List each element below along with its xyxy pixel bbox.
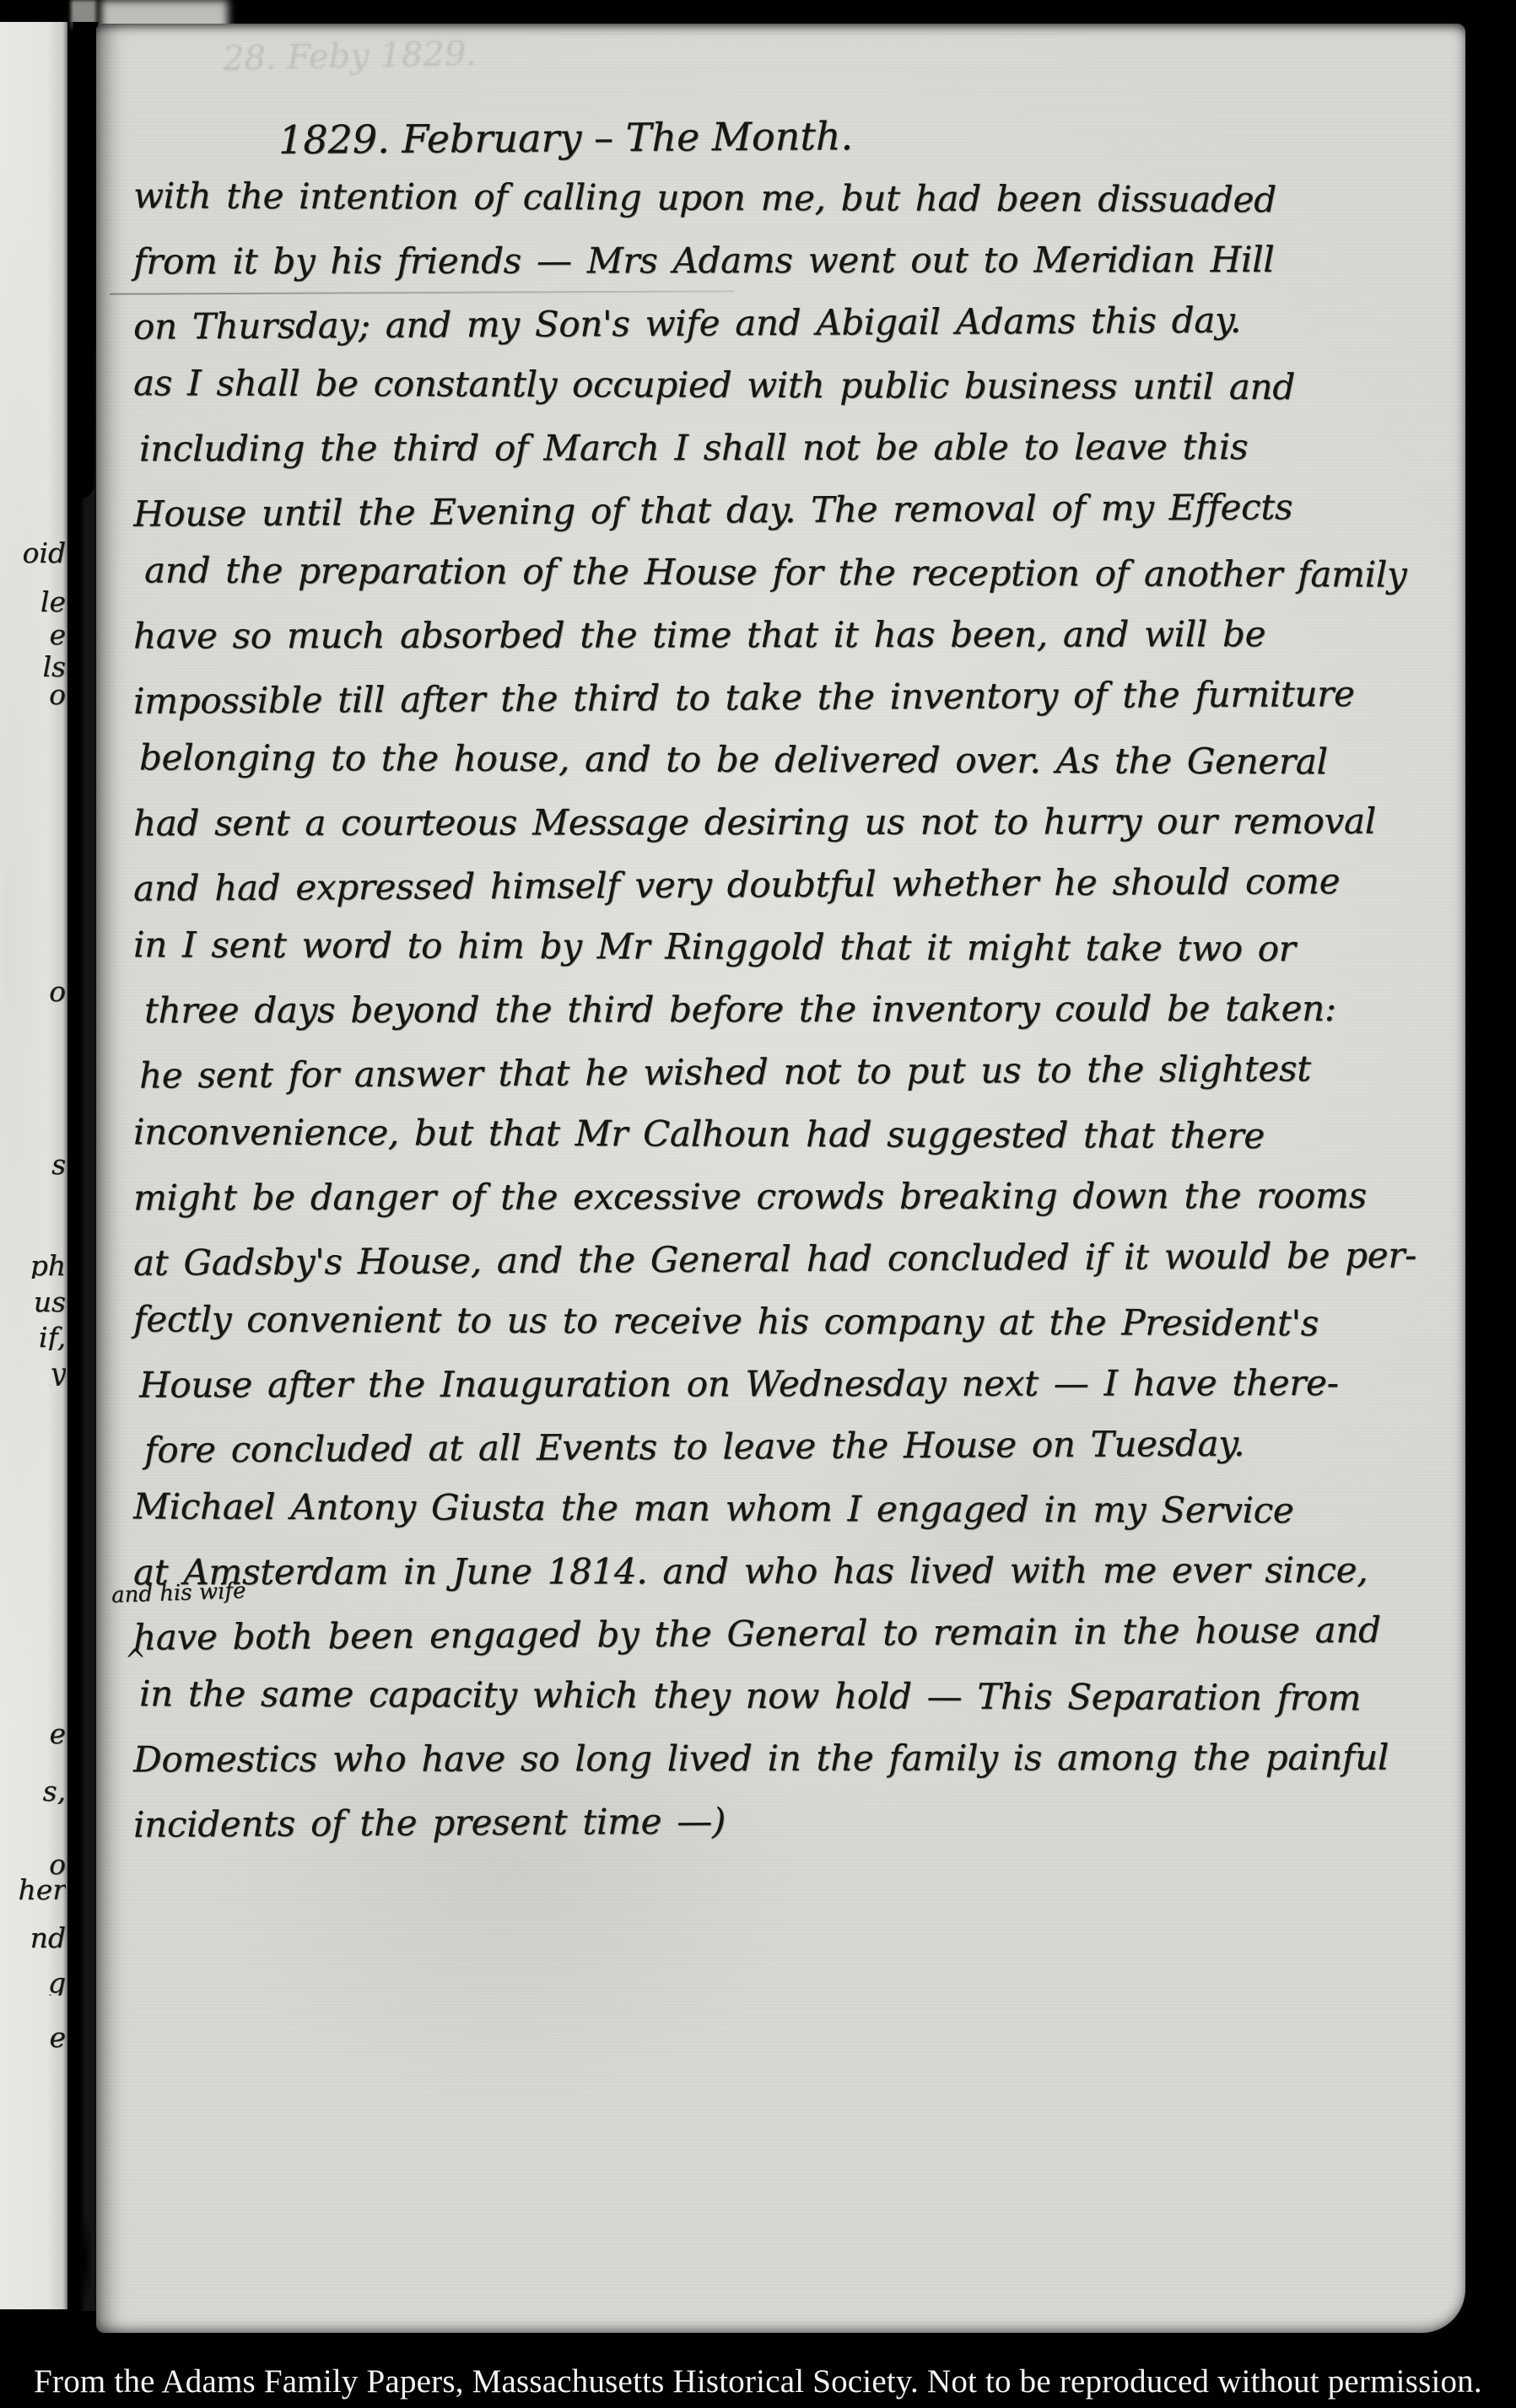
gutter-shadow xyxy=(64,22,100,2311)
manuscript-line: House after the Inauguration on Wednesda… xyxy=(133,1352,1433,1417)
caption-text: From the Adams Family Papers, Massachuse… xyxy=(34,2362,1482,2400)
fragment-text: g xyxy=(0,1970,66,1996)
manuscript-line: on Thursday; and my Son's wife and Abiga… xyxy=(133,288,1433,358)
manuscript-line: from it by his friends — Mrs Adams went … xyxy=(133,229,1433,294)
fragment-text: e xyxy=(0,2025,66,2050)
fragment-text: s xyxy=(0,1152,66,1177)
caption-bar: From the Adams Family Papers, Massachuse… xyxy=(0,2354,1516,2408)
fragment-text: ls xyxy=(0,655,66,680)
manuscript-line: Michael Antony Giusta the man whom I eng… xyxy=(133,1475,1433,1542)
manuscript-line: fectly convenient to us to receive his c… xyxy=(133,1288,1433,1355)
manuscript-line: have both been engaged by the General to… xyxy=(133,1598,1433,1668)
manuscript-line: including the third of March I shall not… xyxy=(133,416,1433,481)
manuscript-line: House until the Evening of that day. The… xyxy=(133,475,1433,545)
manuscript-line: might be danger of the excessive crowds … xyxy=(133,1165,1433,1230)
fragment-text: e xyxy=(0,1721,66,1747)
page-heading: 1829. February – The Month. xyxy=(278,100,1433,171)
fragment-text: s, xyxy=(0,1779,66,1804)
manuscript-line: Domestics who have so long lived in the … xyxy=(133,1727,1433,1791)
manuscript-line: impossible till after the third to take … xyxy=(133,662,1433,732)
fragment-text: oid xyxy=(0,541,66,566)
manuscript-line: had sent a courteous Message desiring us… xyxy=(133,790,1433,855)
fragment-text: her xyxy=(0,1877,66,1903)
fragment-text: e xyxy=(0,622,66,648)
fragment-text: o xyxy=(0,1852,66,1877)
manuscript-line: three days beyond the third before the i… xyxy=(133,978,1433,1042)
facing-page-edge: oid le e ls o o s ph us if, y e s, o her… xyxy=(0,22,67,2309)
fragment-text: y xyxy=(0,1360,66,1386)
manuscript-page: 28. Feby 1829. 1829. February – The Mont… xyxy=(96,24,1465,2333)
fragment-text: le xyxy=(0,590,66,615)
manuscript-line: and the preparation of the House for the… xyxy=(133,539,1433,606)
manuscript-line: have so much absorbed the time that it h… xyxy=(133,603,1433,668)
manuscript-line: fore concluded at all Events to leave th… xyxy=(133,1411,1433,1481)
fragment-text: ph xyxy=(0,1253,66,1279)
manuscript-line: belonging to the house, and to be delive… xyxy=(133,726,1433,793)
manuscript-line: as I shall be constantly occupied with p… xyxy=(133,352,1433,418)
insertion-caret: ^ xyxy=(125,1644,146,1679)
manuscript-line: at Gadsby's House, and the General had c… xyxy=(133,1224,1433,1294)
scanned-diary-page: oid le e ls o o s ph us if, y e s, o her… xyxy=(0,0,1516,2408)
manuscript-line: inconvenience, but that Mr Calhoun had s… xyxy=(133,1101,1433,1167)
manuscript-line: with the intention of calling upon me, b… xyxy=(133,164,1433,231)
fragment-text: if, xyxy=(0,1325,66,1350)
manuscript-line: incidents of the present time —) xyxy=(133,1786,1433,1856)
manuscript-line: and had expressed himself very doubtful … xyxy=(133,849,1433,919)
manuscript-line: in I sent word to him by Mr Ringgold tha… xyxy=(133,913,1433,980)
manuscript-line: he sent for answer that he wished not to… xyxy=(133,1037,1433,1107)
manuscript-line: at Amsterdam in June 1814. and who has l… xyxy=(133,1539,1433,1604)
fragment-text: o xyxy=(0,682,66,708)
fragment-text: o xyxy=(0,979,66,1005)
manuscript-lines: with the intention of calling upon me, b… xyxy=(133,167,1433,1852)
fragment-text: nd xyxy=(0,1926,66,1951)
manuscript-text: 1829. February – The Month. with the int… xyxy=(96,24,1465,1852)
interlined-insertion: and his wife xyxy=(111,1578,246,1608)
manuscript-line: in the same capacity which they now hold… xyxy=(133,1662,1433,1729)
fragment-text: us xyxy=(0,1290,66,1315)
